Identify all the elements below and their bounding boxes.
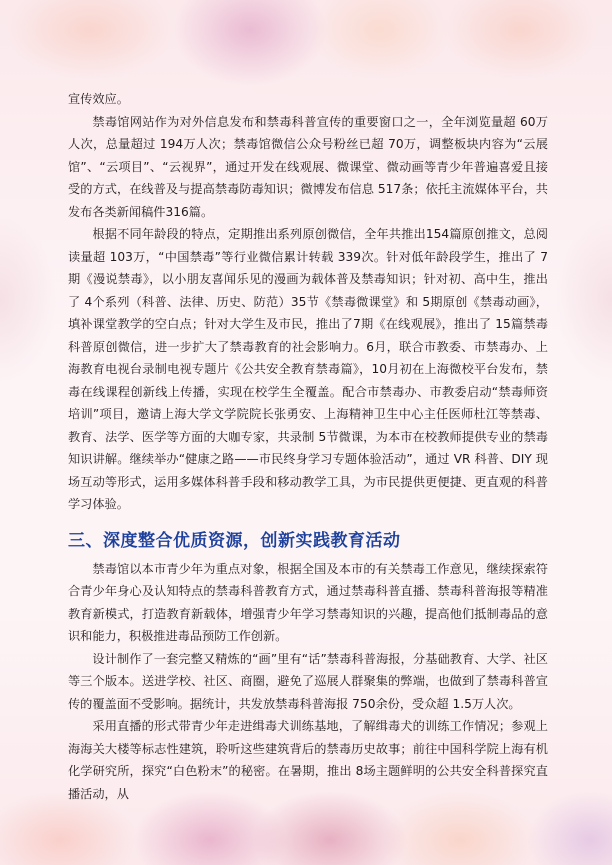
document-body: 宣传效应。 禁毒馆网站作为对外信息发布和禁毒科普宣传的重要窗口之一，全年浏览量超… [68,88,548,805]
paragraph-posters: 设计制作了一套完整又精炼的“画”里有“话”禁毒科普海报，分基础教育、大学、社区等… [68,648,548,716]
paragraph-youth-focus: 禁毒馆以本市青少年为重点对象，根据全国及本市的有关禁毒工作意见，继续探索符合青少… [68,558,548,648]
paragraph-livestream: 采用直播的形式带青少年走进缉毒犬训练基地，了解缉毒犬的训练工作情况；参观上海海关… [68,715,548,805]
section-heading: 三、深度整合优质资源，创新实践教育活动 [68,528,548,554]
lead-fragment: 宣传效应。 [68,88,548,111]
paragraph-website-stats: 禁毒馆网站作为对外信息发布和禁毒科普宣传的重要窗口之一，全年浏览量超 60万人次… [68,111,548,224]
paragraph-wechat-series: 根据不同年龄段的特点，定期推出系列原创微信，全年共推出154篇原创推文，总阅读量… [68,223,548,516]
